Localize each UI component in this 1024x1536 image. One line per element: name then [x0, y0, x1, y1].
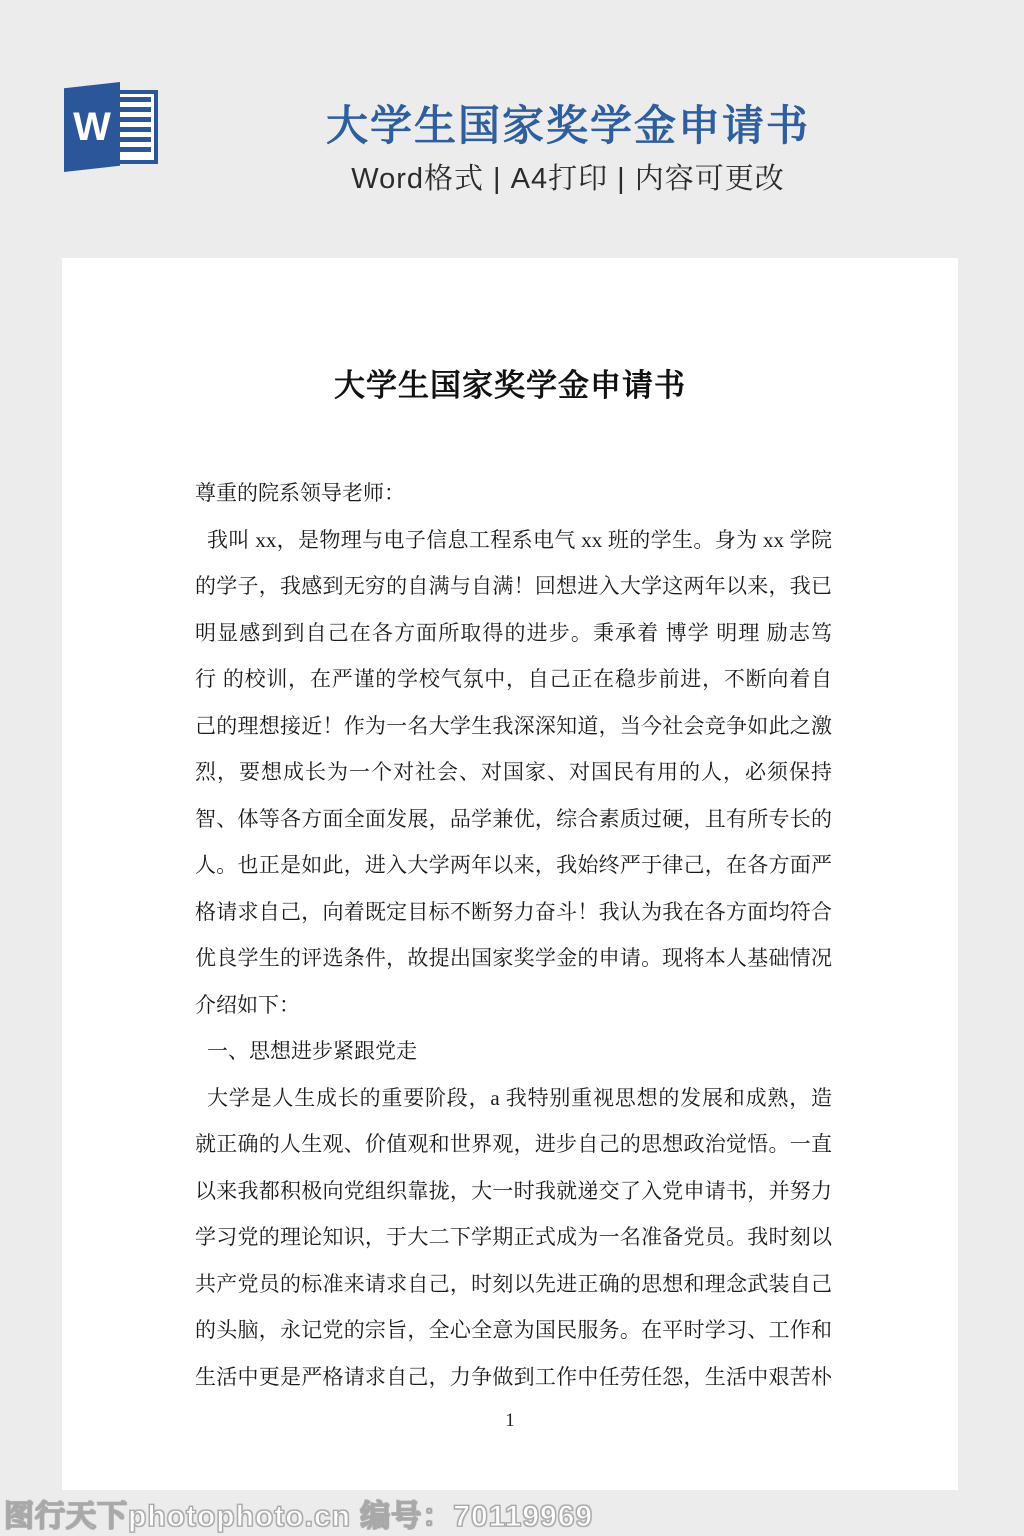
document-text-line: 一、思想进步紧跟党走	[195, 1028, 832, 1075]
document-text-line: 优良学生的评选条件，故提出国家奖学金的申请。现将本人基础情况	[195, 935, 832, 982]
document-text-line: 己的理想接近！作为一名大学生我深深知道，当今社会竞争如此之激	[195, 703, 832, 750]
document-text-line: 智、体等各方面全面发展，品学兼优，综合素质过硬，且有所专长的	[195, 796, 832, 843]
document-text-line: 大学是人生成长的重要阶段，a 我特别重视思想的发展和成熟，造	[195, 1075, 832, 1122]
document-text-line: 的学子，我感到无穷的自满与自满！回想进入大学这两年以来，我已	[195, 563, 832, 610]
document-text-line: 的头脑，永记党的宗旨，全心全意为国民服务。在平时学习、工作和	[195, 1307, 832, 1354]
document-text-line: 共产党员的标准来请求自己，时刻以先进正确的思想和理念武装自己	[195, 1261, 832, 1308]
document-body: 尊重的院系领导老师：我叫 xx，是物理与电子信息工程系电气 xx 班的学生。身为…	[195, 470, 832, 1400]
document-text-line: 生活中更是严格请求自己，力争做到工作中任劳任怨，生活中艰苦朴	[195, 1354, 832, 1401]
document-text-line: 学习党的理论知识，于大二下学期正式成为一名准备党员。我时刻以	[195, 1214, 832, 1261]
document-text-line: 明显感到到自己在各方面所取得的进步。秉承着 博学 明理 励志笃	[195, 610, 832, 657]
document-text-line: 尊重的院系领导老师：	[195, 470, 832, 517]
document-text-line: 就正确的人生观、价值观和世界观，进步自己的思想政治觉悟。一直	[195, 1121, 832, 1168]
document-text-line: 以来我都积极向党组织靠拢，大一时我就递交了入党申请书，并努力	[195, 1168, 832, 1215]
page-number: 1	[62, 1410, 958, 1432]
watermark-text: 图行天下photophoto.cn 编号：70119969	[4, 1491, 593, 1535]
word-icon-letter: W	[73, 107, 111, 147]
document-title: 大学生国家奖学金申请书	[62, 360, 958, 405]
document-text-line: 介绍如下：	[195, 982, 832, 1029]
document-text-line: 人。也正是如此，进入大学两年以来，我始终严于律己，在各方面严	[195, 842, 832, 889]
document-text-line: 烈，要想成长为一个对社会、对国家、对国民有用的人，必须保持德、	[195, 749, 832, 796]
document-text-line: 格请求自己，向着既定目标不断努力奋斗！我认为我在各方面均符合	[195, 889, 832, 936]
document-page: 大学生国家奖学金申请书 尊重的院系领导老师：我叫 xx，是物理与电子信息工程系电…	[62, 258, 958, 1490]
header-subtitle: Word格式 | A4打印 | 内容可更改	[112, 156, 1024, 197]
document-text-line: 行 的校训，在严谨的学校气氛中，自己正在稳步前进，不断向着自	[195, 656, 832, 703]
header-title: 大学生国家奖学金申请书	[112, 93, 1024, 153]
document-text-line: 我叫 xx，是物理与电子信息工程系电气 xx 班的学生。身为 xx 学院	[195, 517, 832, 564]
